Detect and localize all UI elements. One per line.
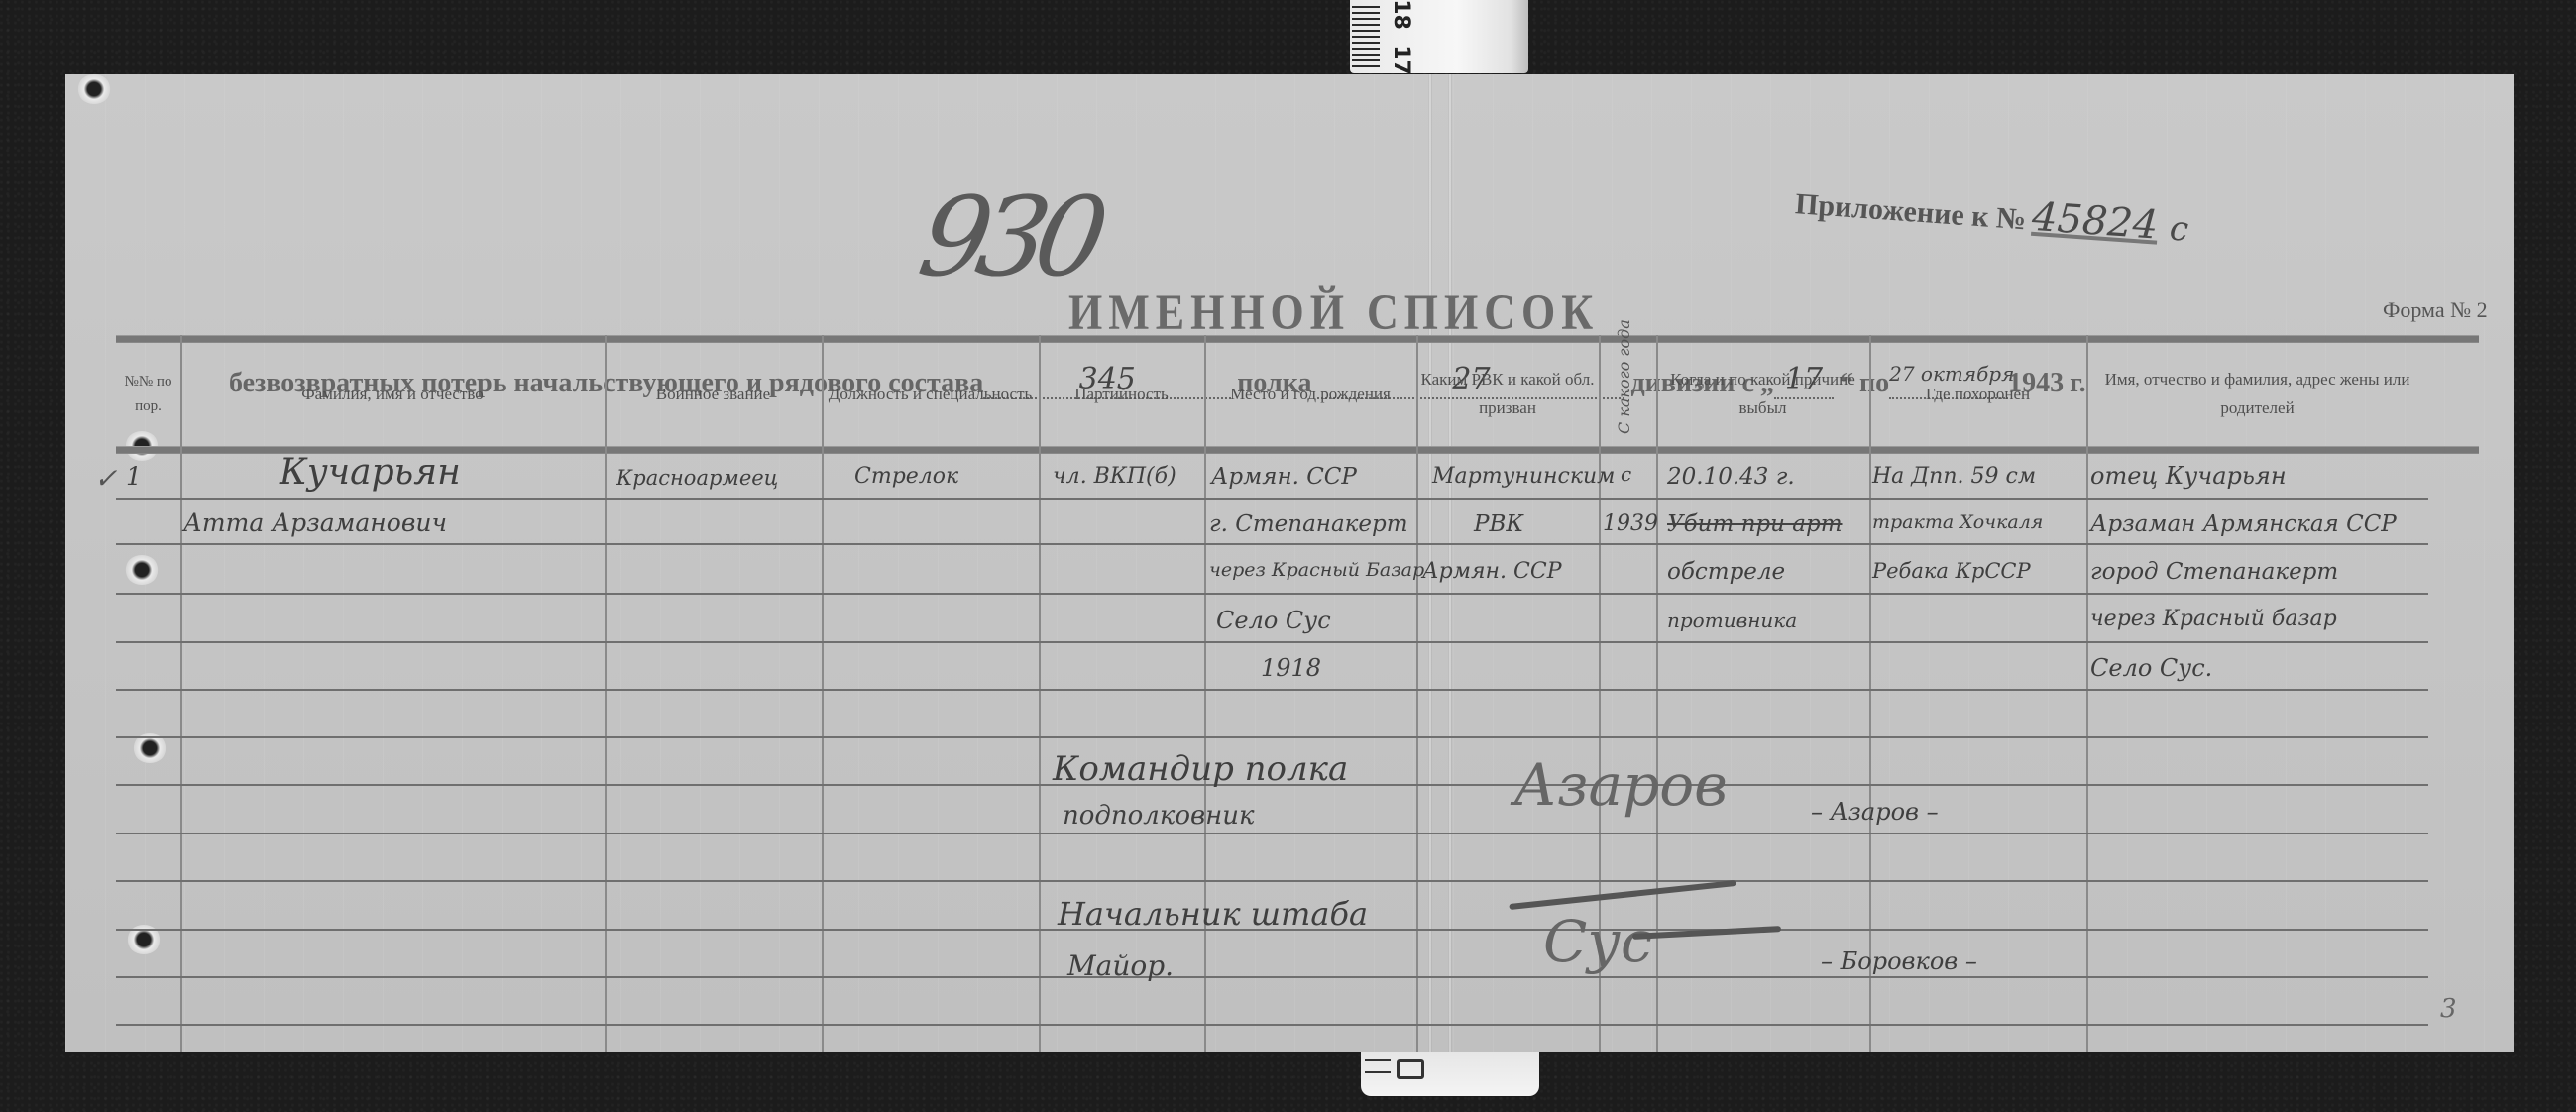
header-since: С какого года bbox=[1615, 319, 1633, 434]
page-title: ИМЕННОЙ СПИСОК bbox=[1068, 283, 1599, 342]
row-line bbox=[116, 498, 2428, 500]
losses-table: №№ по пор. Фамилия, имя и отчество Воинн… bbox=[116, 335, 2479, 1052]
row-line bbox=[116, 641, 2428, 643]
header-name: Фамилия, имя и отчество bbox=[180, 341, 605, 448]
birth-line: Армян. ССР bbox=[1211, 464, 1357, 490]
header-birth: Место и год рождения bbox=[1204, 341, 1416, 448]
form-number: Форма № 2 bbox=[2383, 297, 2488, 323]
chief-rank: Майор. bbox=[1067, 949, 1174, 982]
since-year: 1939 bbox=[1603, 511, 1658, 536]
rvk-line: Армян. ССР bbox=[1422, 559, 1562, 584]
ruler-mark: 18 bbox=[1389, 0, 1413, 30]
relatives-line: Село Сус. bbox=[2090, 654, 2212, 682]
commander-printed-name: – Азаров – bbox=[1811, 798, 1939, 826]
commander-rank: подполковник bbox=[1063, 801, 1255, 831]
birth-year: 1918 bbox=[1261, 654, 1321, 682]
party-membership: чл. ВКП(б) bbox=[1053, 464, 1176, 489]
archive-number: 930 bbox=[911, 173, 1106, 300]
appendix-label: Приложение к № bbox=[1794, 187, 2027, 236]
ruler-ticks bbox=[1352, 6, 1380, 69]
birth-line: через Красный Базар bbox=[1209, 559, 1424, 581]
row-line bbox=[116, 833, 2428, 834]
ruler-marker bbox=[1397, 1059, 1424, 1079]
when-why-line: 20.10.43 г. bbox=[1667, 464, 1795, 490]
row-check-mark: ✓ bbox=[94, 462, 117, 495]
chief-printed-name: – Боровков – bbox=[1821, 947, 1977, 975]
relatives-line: город Степанакерт bbox=[2090, 559, 2338, 585]
chief-signature: Сус bbox=[1543, 908, 1653, 975]
relatives-line: Арзаман Армянская ССР bbox=[2090, 511, 2397, 537]
rvk-line: Мартунинским bbox=[1432, 464, 1615, 489]
row-line bbox=[116, 736, 2428, 738]
scale-ruler-bottom bbox=[1361, 1052, 1539, 1096]
signature-underline bbox=[1509, 880, 1736, 910]
when-why-line: противника bbox=[1667, 609, 1797, 632]
header-rank: Воинное звание bbox=[605, 341, 822, 448]
appendix-suffix: с bbox=[2169, 209, 2190, 250]
row-line bbox=[116, 976, 2428, 978]
row-line bbox=[116, 543, 2428, 545]
scale-ruler-top: 18 17 bbox=[1350, 0, 1528, 73]
ruler-mark: 17 bbox=[1389, 45, 1413, 75]
ruler-ticks bbox=[1365, 1059, 1391, 1073]
commander-signature: Азаров bbox=[1513, 751, 1728, 819]
surname: Кучарьян bbox=[280, 452, 461, 493]
when-why-line: обстреле bbox=[1667, 559, 1785, 585]
header-num: №№ по пор. bbox=[116, 341, 180, 448]
position: Стрелок bbox=[854, 464, 958, 489]
commander-title: Командир полка bbox=[1053, 749, 1348, 789]
header-buried: Где похоронен bbox=[1869, 341, 2086, 448]
row-line bbox=[116, 593, 2428, 595]
birth-line: Село Сус bbox=[1216, 607, 1331, 634]
header-relatives: Имя, отчество и фамилия, адрес жены или … bbox=[2086, 341, 2428, 448]
relatives-line: отец Кучарьян bbox=[2090, 462, 2287, 490]
birth-line: г. Степанакерт bbox=[1209, 511, 1408, 537]
header-position: Должность и специальность bbox=[822, 341, 1039, 448]
page-number: 3 bbox=[2440, 994, 2457, 1024]
given-name-patronymic: Атта Арзаманович bbox=[183, 508, 447, 537]
header-rvk: Каким РВК и какой обл. призван bbox=[1416, 341, 1599, 448]
rvk-line: РВК bbox=[1474, 511, 1523, 537]
header-when-why: Когда и по какой причине выбыл bbox=[1656, 341, 1869, 448]
row-line bbox=[116, 880, 2428, 882]
appendix-number: 45824 bbox=[2031, 194, 2160, 249]
row-line bbox=[116, 1024, 2428, 1026]
burial-line: На Дпп. 59 см bbox=[1872, 464, 2036, 489]
when-why-line: Убит при арт bbox=[1667, 511, 1843, 537]
chief-title: Начальник штаба bbox=[1058, 895, 1368, 933]
since-prefix: с bbox=[1621, 462, 1631, 486]
burial-line: тракта Хочкаля bbox=[1872, 511, 2043, 533]
appendix-reference: Приложение к №45824с bbox=[1794, 177, 2190, 251]
military-rank: Красноармеец bbox=[616, 466, 778, 490]
burial-line: Ребака КрССР bbox=[1872, 559, 2031, 583]
row-number: 1 bbox=[126, 462, 142, 491]
header-party: Партийность bbox=[1039, 341, 1204, 448]
staple-tear bbox=[77, 74, 111, 104]
row-line bbox=[116, 689, 2428, 691]
relatives-line: через Красный базар bbox=[2090, 607, 2337, 631]
